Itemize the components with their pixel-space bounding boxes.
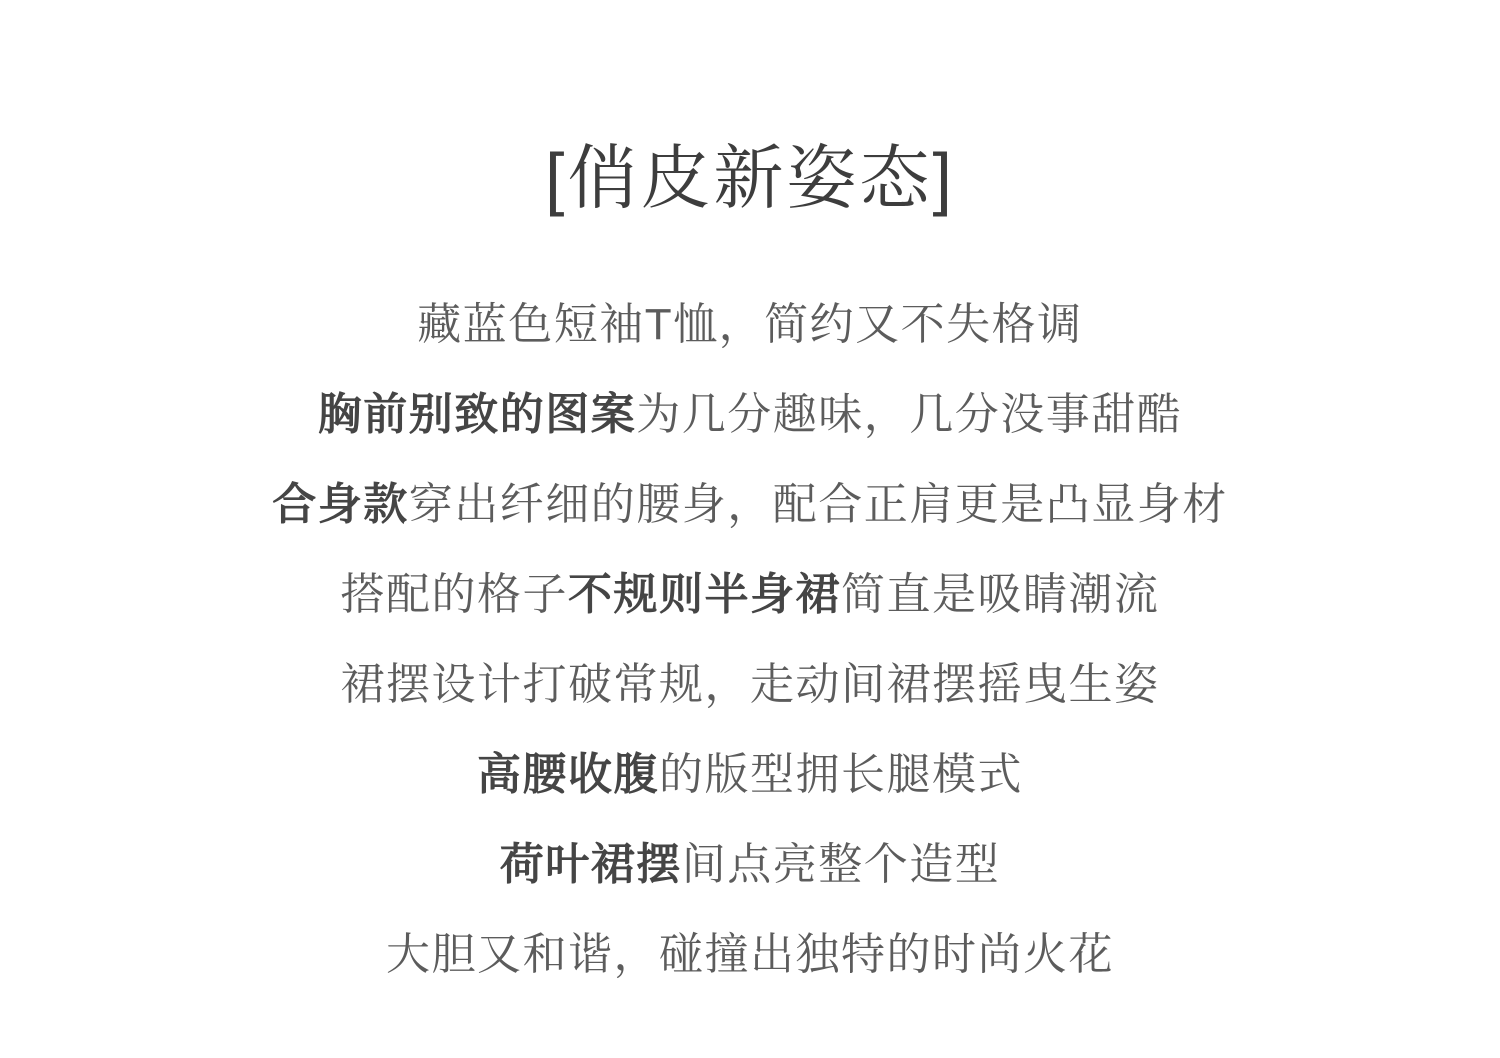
description-line: 裙摆设计打破常规，走动间裙摆摇曳生姿 xyxy=(0,640,1500,730)
description-line: 搭配的格子不规则半身裙简直是吸睛潮流 xyxy=(0,550,1500,640)
description-segment: 裙摆设计打破常规，走动间裙摆摇曳生姿 xyxy=(341,660,1160,709)
page-title: [俏皮新姿态] xyxy=(0,128,1500,228)
description-segment: 间点亮整个造型 xyxy=(682,840,1001,889)
description-segment: 简直是吸睛潮流 xyxy=(841,570,1160,619)
description-line: 合身款穿出纤细的腰身，配合正肩更是凸显身材 xyxy=(0,460,1500,550)
description-line: 胸前别致的图案为几分趣味，几分没事甜酷 xyxy=(0,370,1500,460)
description-segment: 穿出纤细的腰身，配合正肩更是凸显身材 xyxy=(409,480,1228,529)
description-line: 高腰收腹的版型拥长腿模式 xyxy=(0,730,1500,820)
description-segment-bold: 高腰收腹 xyxy=(477,750,659,799)
description-segment: 大胆又和谐，碰撞出独特的时尚火花 xyxy=(386,930,1114,979)
description-segment: 搭配的格子 xyxy=(341,570,569,619)
description-segment-bold: 荷叶裙摆 xyxy=(500,840,682,889)
product-description-section: [俏皮新姿态] 藏蓝色短袖T恤，简约又不失格调胸前别致的图案为几分趣味，几分没事… xyxy=(0,128,1500,1000)
description-segment-bold: 不规则半身裙 xyxy=(568,570,841,619)
description-segment: 藏蓝色短袖T恤，简约又不失格调 xyxy=(417,300,1082,349)
description-segment: 为几分趣味，几分没事甜酷 xyxy=(636,390,1182,439)
description-lines: 藏蓝色短袖T恤，简约又不失格调胸前别致的图案为几分趣味，几分没事甜酷合身款穿出纤… xyxy=(0,280,1500,1000)
description-line: 荷叶裙摆间点亮整个造型 xyxy=(0,820,1500,910)
description-segment: 的版型拥长腿模式 xyxy=(659,750,1023,799)
description-segment-bold: 合身款 xyxy=(272,480,409,529)
description-line: 大胆又和谐，碰撞出独特的时尚火花 xyxy=(0,910,1500,1000)
description-line: 藏蓝色短袖T恤，简约又不失格调 xyxy=(0,280,1500,370)
description-segment-bold: 胸前别致的图案 xyxy=(318,390,637,439)
